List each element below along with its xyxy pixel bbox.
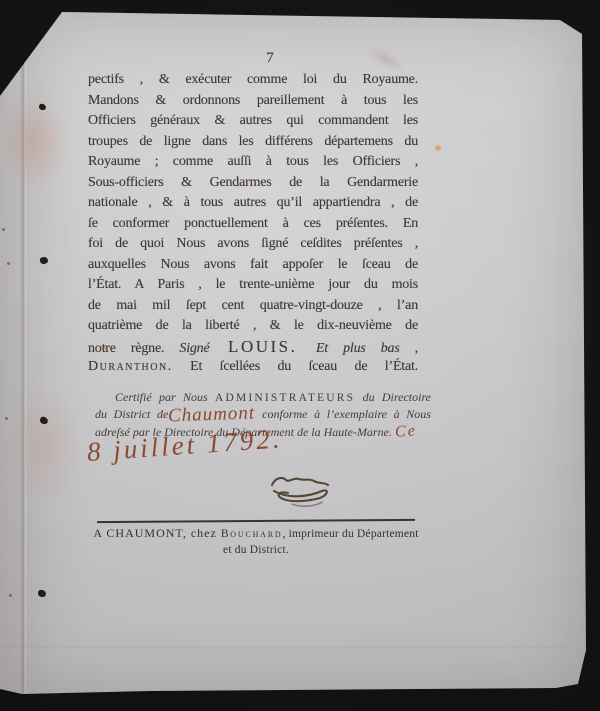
et-plus-bas-italic: Et plus bas (316, 341, 400, 356)
stain-pink-mid-left (0, 360, 96, 530)
cert-text-fragment: du District de (95, 407, 168, 421)
body-line: quatrième de la liberté , & le dix-neuvi… (88, 316, 418, 337)
body-line-royal-signature: notre règne. Signé LOUIS. Et plus bas , (88, 337, 418, 358)
stain-orange-dot-right (433, 143, 443, 153)
body-line: foi de quoi Nous avons ſigné ceſdites pr… (88, 234, 418, 255)
cert-text-fragment: du Directoire (355, 390, 431, 404)
body-line: l’État. A Paris , le trente-unième jour … (88, 275, 418, 296)
louis-name: LOUIS. (210, 337, 316, 356)
imprint-line-1: A CHAUMONT, chez Bouchard, imprimeur du … (88, 525, 424, 542)
body-line: troupes de ligne dans les différens dépa… (88, 132, 418, 153)
imprint-block: A CHAUMONT, chez Bouchard, imprimeur du … (88, 525, 424, 558)
paper-speck (2, 228, 5, 231)
paper-speck (5, 417, 8, 420)
body-line: pectifs , & exécuter comme loi du Royaum… (88, 70, 418, 91)
body-line-sealed: Duranthon. Et ſcellées du ſceau de l’Éta… (88, 357, 418, 378)
binding-hole (38, 590, 47, 598)
imprint-text-fragment: , imprimeur du Département (282, 528, 418, 540)
binding-hole (38, 103, 46, 111)
body-line: Sous-officiers & Gendarmes de la Gendarm… (88, 173, 418, 194)
signature-squiggle (262, 470, 342, 510)
handwritten-place-name: Chaumont (168, 409, 255, 422)
body-text-fragment: Et ſcellées du ſceau de l’État. (173, 359, 418, 374)
cert-text-fragment: conforme à l’exemplaire à Nous (256, 407, 431, 421)
body-line: Mandons & ordonnons pareillement à tous … (88, 91, 418, 112)
duranthon-name: Duranthon. (88, 359, 173, 374)
body-line: de mai mil ſept cent quatre-vingt-douze … (88, 296, 418, 317)
body-line: nationale , & à tous autres qu’il appart… (88, 193, 418, 214)
handwritten-flourish: Ce (394, 423, 417, 442)
imprint-rule (97, 519, 415, 523)
paper-speck (9, 594, 12, 597)
photo-frame: 7 pectifs , & exécuter comme loi du Roya… (0, 0, 600, 711)
body-line: Officiers généraux & autres qui commande… (88, 111, 418, 132)
body-paragraph: pectifs , & exécuter comme loi du Royaum… (88, 70, 418, 378)
imprint-printer-name: Bouchard (221, 528, 283, 540)
imprint-city: A CHAUMONT, chez (93, 526, 220, 540)
cert-text-fragment: Certifié par Nous (115, 390, 215, 404)
paper-crease (4, 646, 570, 648)
body-text-fragment: notre règne. (88, 341, 179, 356)
cert-line-2: du District deChaumont conforme à l’exem… (95, 406, 431, 423)
binding-hole (39, 256, 48, 264)
paper-sheet: 7 pectifs , & exécuter comme loi du Roya… (0, 0, 600, 711)
binding-hole (39, 416, 49, 425)
binding-fold-edge (20, 8, 27, 695)
body-line: ſe conformer ponctuellement à ces préſen… (88, 214, 418, 235)
cert-line-1: Certifié par Nous ADMINISTRATEURS du Dir… (95, 389, 431, 406)
body-text-fragment: , (400, 341, 418, 356)
stain-pink-top-left (0, 72, 82, 212)
page-number: 7 (250, 50, 290, 67)
imprint-line-2: et du District. (88, 542, 424, 558)
body-line: auxquelles Nous avons fait appoſer le ſc… (88, 255, 418, 276)
paper-speck (7, 262, 10, 265)
body-line: Royaume ; comme auſſi à tous les Officie… (88, 152, 418, 173)
signe-italic: Signé (179, 341, 209, 356)
